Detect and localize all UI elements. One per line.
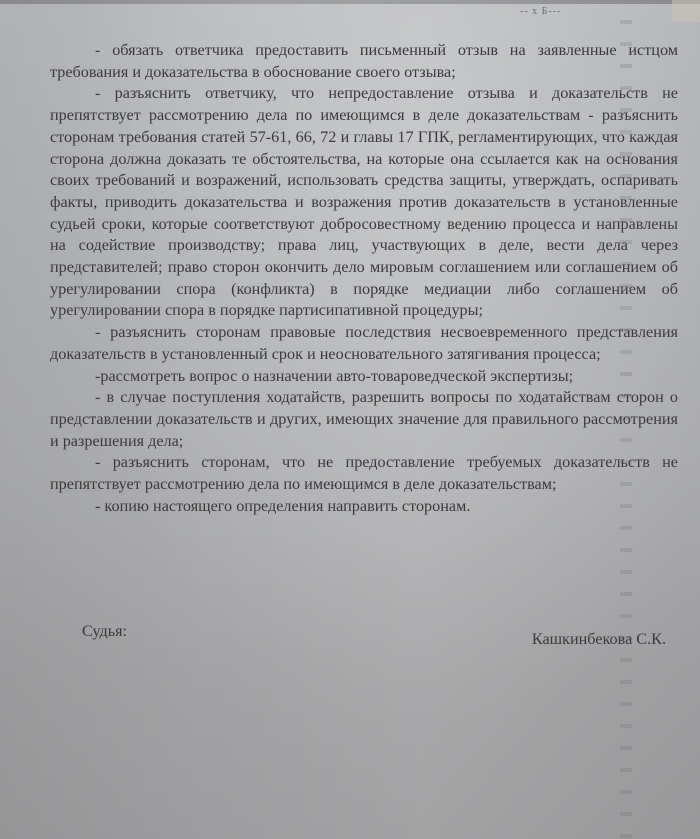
signature-block: Судья: Кашкинбекова С.К. [82,622,666,646]
paragraph-obligate-defendant: - обязать ответчика предоставить письмен… [50,40,678,83]
paragraph-evidence-notice: - разъяснить сторонам, что не предоставл… [50,452,678,495]
paragraph-explain-rights: - разъяснить ответчику, что непредоставл… [50,83,678,322]
paragraph-motions: - в случае поступления ходатайств, разре… [50,387,678,452]
document-page: -- х Б--- - обязать ответчика предостави… [0,0,700,839]
page-top-edge [0,0,700,4]
judge-label: Судья: [82,622,127,641]
judge-name: Кашкинбекова С.К. [532,630,666,649]
paragraph-send-copy: - копию настоящего определения направить… [50,496,678,518]
document-body: - обязать ответчика предоставить письмен… [50,40,678,517]
paragraph-legal-consequences: - разъяснить сторонам правовые последств… [50,322,678,365]
header-mark: -- х Б--- [520,6,561,17]
page-corner [672,0,700,22]
paragraph-expertise: -рассмотреть вопрос о назначении авто-то… [50,366,678,388]
